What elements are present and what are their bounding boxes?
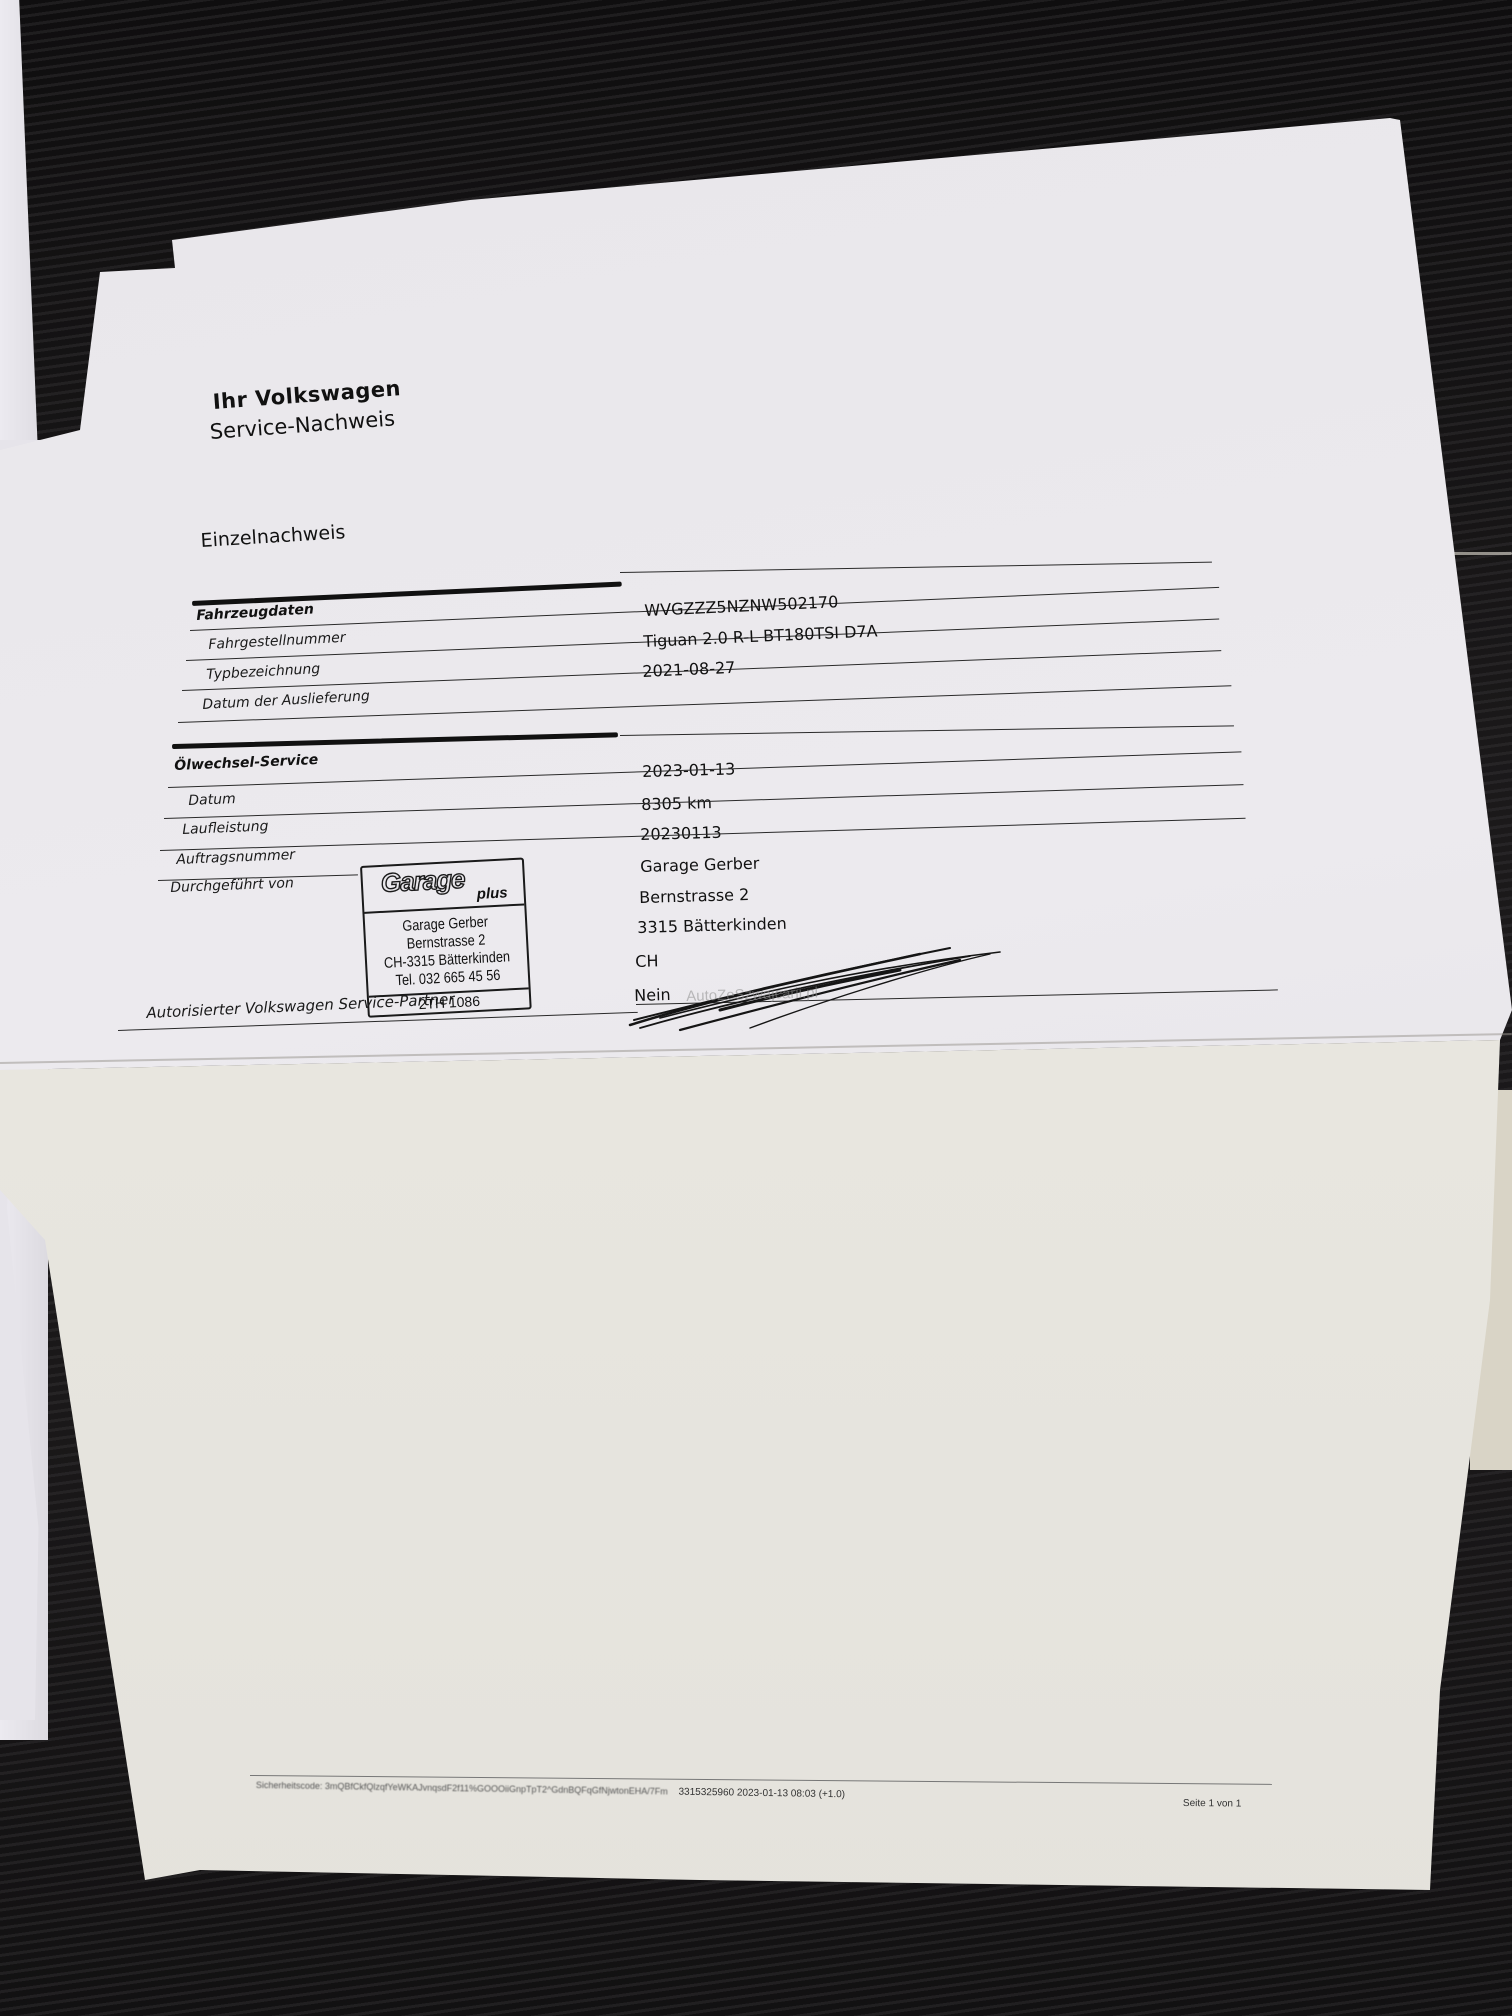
label-mileage: Laufleistung — [182, 818, 269, 838]
table-rule — [620, 562, 1212, 573]
garage-plus-logo: Garage plus — [362, 860, 524, 914]
value-vin: WVGZZZ5NZNW502170 — [644, 592, 839, 620]
oil-service-heading: Ölwechsel-Service — [174, 752, 319, 774]
footer-id-timestamp: 3315325960 2023-01-13 08:03 (+1.0) — [678, 1787, 845, 1801]
table-rule — [620, 725, 1234, 736]
label-delivery-date: Datum der Auslieferung — [202, 688, 370, 713]
label-performed-by: Durchgeführt von — [170, 875, 294, 896]
garage-stamp: Garage plus Garage Gerber Bernstrasse 2 … — [360, 857, 532, 1017]
footer-page-number: Seite 1 von 1 — [1183, 1798, 1241, 1810]
label-vin: Fahrgestellnummer — [208, 630, 346, 653]
table-rule — [168, 751, 1241, 788]
value-type: Tiguan 2.0 R-L BT180TSI D7A — [643, 621, 878, 651]
table-rule — [164, 784, 1243, 819]
footer-security-code: Sicherheitscode: 3mQBfCkfQlzqfYeWKAJvnqs… — [256, 1780, 668, 1796]
value-delivery-date: 2021-08-27 — [642, 658, 736, 681]
garage-city: 3315 Bätterkinden — [637, 914, 787, 937]
service-record-document: Ihr Volkswagen Service-Nachweis Einzelna… — [0, 0, 1512, 2016]
label-type: Typbezeichnung — [206, 661, 321, 683]
garage-name: Garage Gerber — [640, 854, 760, 876]
section-heading: Einzelnachweis — [200, 521, 346, 552]
garage-street: Bernstrasse 2 — [639, 885, 750, 907]
stamp-logo-text: Garage — [380, 864, 465, 899]
section-divider-thick — [192, 581, 622, 606]
footer-line: Sicherheitscode: 3mQBfCkfQlzqfYeWKAJvnqs… — [256, 1780, 845, 1800]
stamp-partner-number: 2TH 1086 — [369, 987, 530, 1015]
stamp-logo-sub: plus — [476, 884, 508, 903]
section-divider-thick — [172, 732, 618, 749]
label-order-number: Auftragsnummer — [176, 847, 295, 868]
label-service-date: Datum — [188, 791, 236, 809]
